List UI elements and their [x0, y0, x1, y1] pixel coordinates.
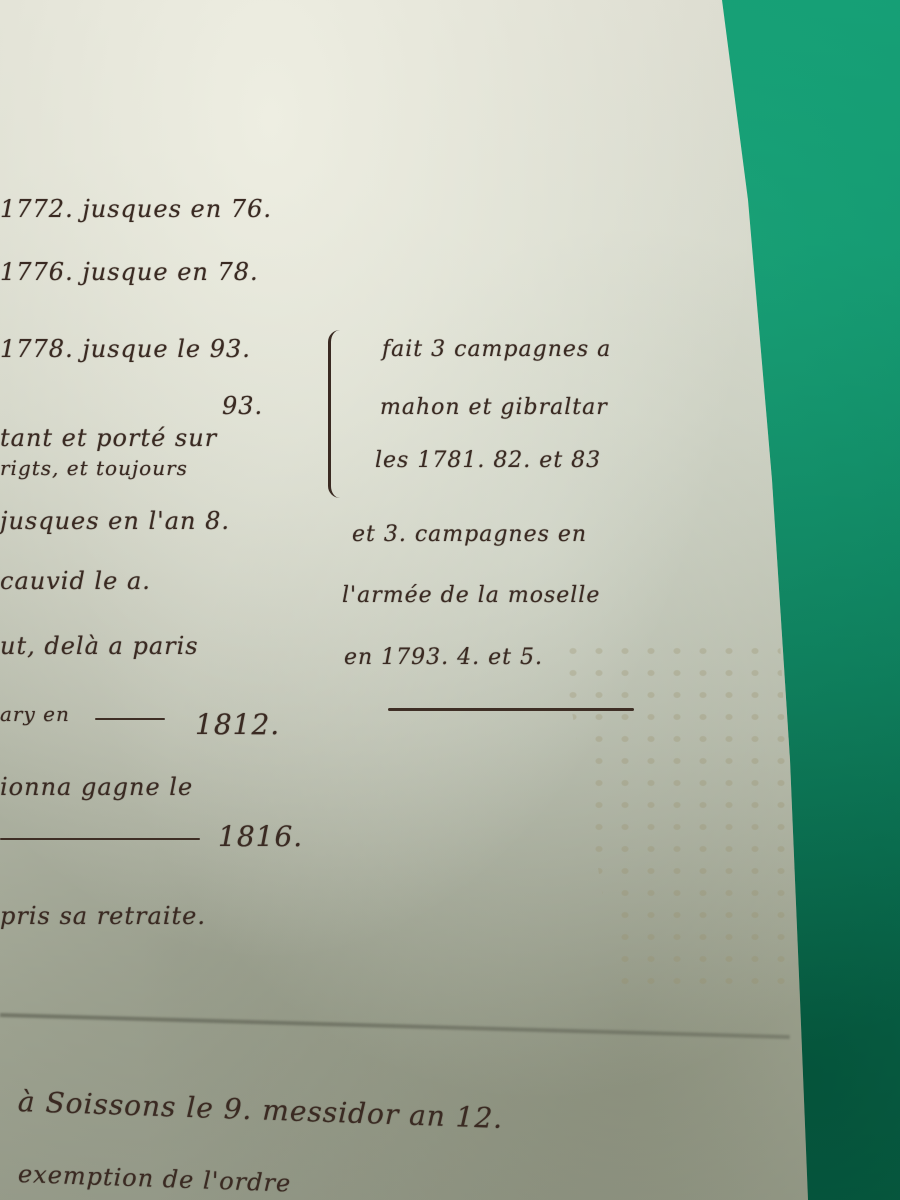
service-note-line: rigts, et toujours [0, 456, 188, 480]
service-note-paris: ut, delà a paris [0, 632, 199, 660]
foxing-spots [560, 640, 800, 1000]
campaign-line-3: les 1781. 82. et 83 [375, 448, 601, 473]
service-note-line: cauvid le a. [0, 567, 151, 595]
campaign-underline [388, 708, 634, 711]
service-entry-1776: 1776. jusque en 78. [0, 258, 259, 286]
service-entry-1778: 1778. jusque le 93. [0, 335, 251, 363]
paper-fold-crease [0, 1013, 790, 1039]
service-entry-an-8: jusques en l'an 8. [0, 507, 230, 535]
entry-rule [0, 838, 200, 840]
exemption-line: exemption de l'ordre [18, 1160, 292, 1198]
retirement-note: pris sa retraite. [0, 902, 206, 930]
service-note-line: tant et porté sur [0, 424, 217, 452]
campaign-line-4: et 3. campagnes en [352, 522, 587, 547]
entry-rule [95, 718, 165, 720]
signature-date-line: à Soissons le 9. messidor an 12. [17, 1085, 503, 1135]
curly-brace [328, 330, 349, 498]
campaign-line-5: l'armée de la moselle [342, 583, 600, 608]
service-note-line: ionna gagne le [0, 773, 193, 801]
campaign-line-2: mahon et gibraltar [380, 395, 608, 420]
service-entry-1772: 1772. jusques en 76. [0, 195, 272, 223]
campaign-line-1: fait 3 campagnes a [382, 337, 611, 362]
year-1812: 1812. [195, 708, 280, 741]
year-1816: 1816. [218, 820, 303, 853]
year-margin-93: 93. [222, 392, 263, 420]
campaign-line-6: en 1793. 4. et 5. [344, 645, 543, 670]
service-note-line: ary en [0, 702, 70, 726]
